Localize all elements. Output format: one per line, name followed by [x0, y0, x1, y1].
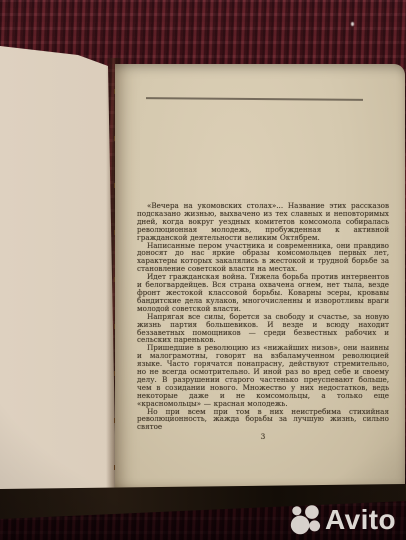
paragraph-5: Пришедшие в революцию из «нижайших низов… — [137, 344, 389, 407]
paragraph-4: Напрягая все силы, борется за свободу и … — [137, 313, 389, 345]
header-rule — [146, 97, 363, 100]
right-page: «Вечера на укомовских столах»... Названи… — [115, 64, 405, 489]
dust-speck — [351, 22, 354, 26]
avito-watermark-text: Avito — [325, 506, 396, 534]
avito-watermark: Avito — [290, 504, 396, 535]
paragraph-2: Написанные пером участника и современник… — [137, 242, 389, 274]
photo-open-book: «Вечера на укомовских столах»... Названи… — [0, 0, 406, 540]
avito-logo-icon — [290, 504, 321, 535]
page-number: 3 — [137, 433, 389, 441]
paragraph-6: Но при всем при том в них неистребима ст… — [137, 408, 389, 432]
page-text: «Вечера на укомовских столах»... Названи… — [137, 202, 389, 441]
paragraph-1: «Вечера на укомовских столах»... Названи… — [137, 202, 389, 242]
paragraph-3: Идет гражданская война. Тяжела борьба пр… — [137, 273, 389, 313]
